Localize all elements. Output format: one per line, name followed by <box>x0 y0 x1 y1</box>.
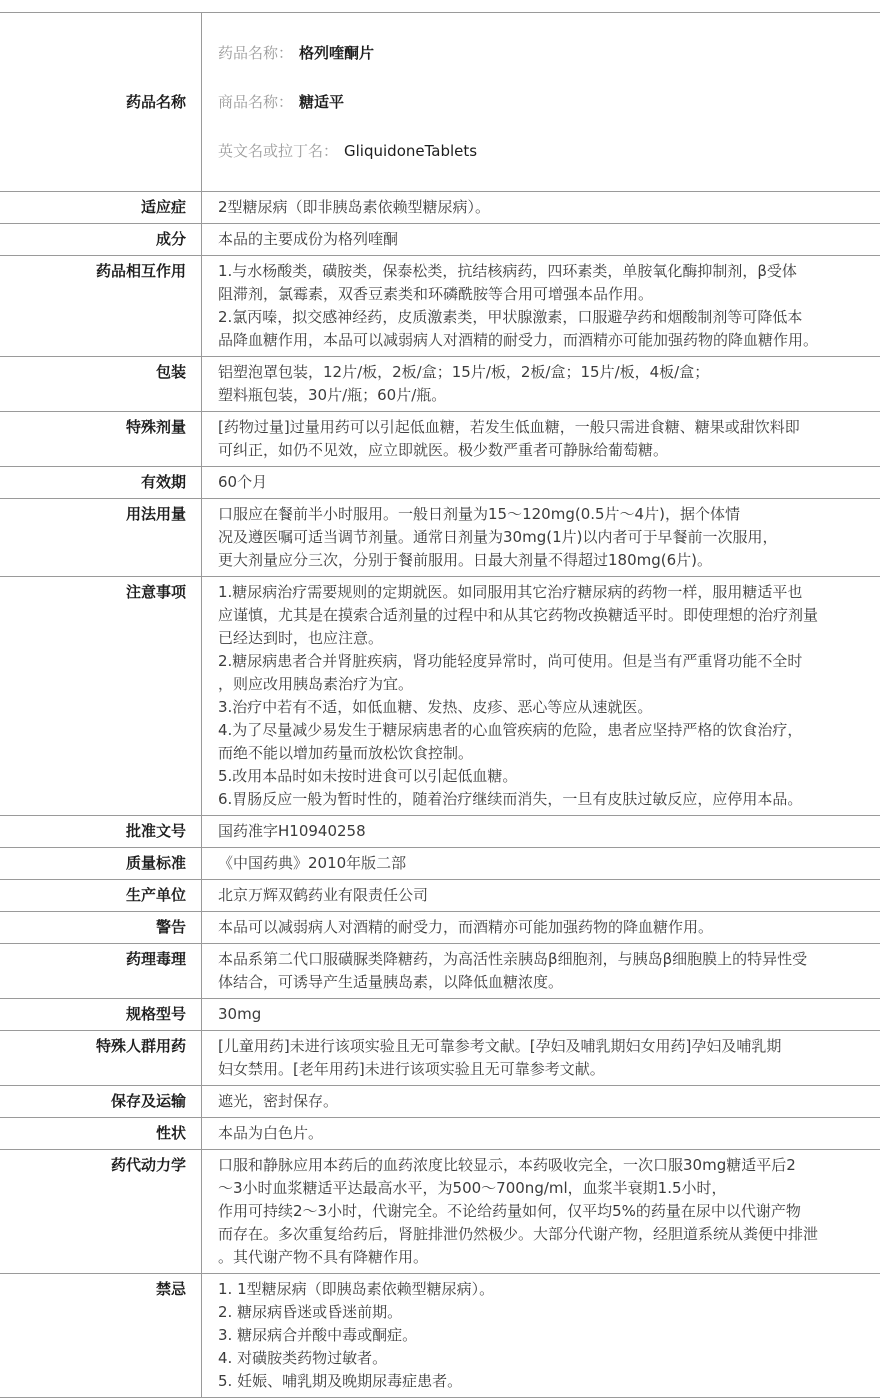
row-ingredients: 成分 本品的主要成份为格列喹酮 <box>0 224 880 256</box>
row-content-contraindications: 1. 1型糖尿病（即胰岛素依赖型糖尿病）。 2. 糖尿病昏迷或昏迷前期。 3. … <box>202 1274 880 1398</box>
row-indications: 适应症 2型糖尿病（即非胰岛素依赖型糖尿病）。 <box>0 192 880 224</box>
row-content-pharmacokinetics: 口服和静脉应用本药后的血药浓度比较显示，本药吸收完全，一次口服30mg糖适平后2… <box>202 1150 880 1274</box>
row-content-shelf-life: 60个月 <box>202 467 880 499</box>
row-contraindications: 禁忌 1. 1型糖尿病（即胰岛素依赖型糖尿病）。 2. 糖尿病昏迷或昏迷前期。 … <box>0 1274 880 1398</box>
row-content-special-dosage: [药物过量]过量用药可以引起低血糖，若发生低血糖，一般只需进食糖、糖果或甜饮料即… <box>202 412 880 467</box>
generic-name-key: 药品名称： <box>218 44 293 62</box>
row-content-quality-standard: 《中国药典》2010年版二部 <box>202 848 880 880</box>
row-content-drug-interactions: 1.与水杨酸类，磺胺类，保泰松类，抗结核病药，四环素类，单胺氧化酶抑制剂，β受体… <box>202 256 880 357</box>
row-content-drug-name: 药品名称：格列喹酮片 商品名称：糖适平 英文名或拉丁名：GliquidoneTa… <box>202 13 880 192</box>
row-storage-transport: 保存及运输 遮光，密封保存。 <box>0 1086 880 1118</box>
row-approval-number: 批准文号 国药准字H10940258 <box>0 816 880 848</box>
row-label-manufacturer: 生产单位 <box>0 880 202 912</box>
row-label-pharmacokinetics: 药代动力学 <box>0 1150 202 1274</box>
row-content-manufacturer: 北京万辉双鹤药业有限责任公司 <box>202 880 880 912</box>
row-label-indications: 适应症 <box>0 192 202 224</box>
row-label-description: 性状 <box>0 1118 202 1150</box>
row-label-drug-name: 药品名称 <box>0 13 202 192</box>
row-special-populations: 特殊人群用药 [儿童用药]未进行该项实验且无可靠参考文献。[孕妇及哺乳期妇女用药… <box>0 1031 880 1086</box>
row-manufacturer: 生产单位 北京万辉双鹤药业有限责任公司 <box>0 880 880 912</box>
row-label-approval-number: 批准文号 <box>0 816 202 848</box>
generic-name-value: 格列喹酮片 <box>299 44 374 62</box>
row-label-pharmacology-toxicology: 药理毒理 <box>0 944 202 999</box>
row-label-quality-standard: 质量标准 <box>0 848 202 880</box>
row-content-packaging: 铝塑泡罩包装，12片/板，2板/盒；15片/板，2板/盒；15片/板，4板/盒；… <box>202 357 880 412</box>
row-drug-interactions: 药品相互作用 1.与水杨酸类，磺胺类，保泰松类，抗结核病药，四环素类，单胺氧化酶… <box>0 256 880 357</box>
row-label-specification: 规格型号 <box>0 999 202 1031</box>
row-description: 性状 本品为白色片。 <box>0 1118 880 1150</box>
row-pharmacology-toxicology: 药理毒理 本品系第二代口服磺脲类降糖药，为高活性亲胰岛β细胞剂，与胰岛β细胞膜上… <box>0 944 880 999</box>
row-label-special-populations: 特殊人群用药 <box>0 1031 202 1086</box>
english-name-field: 英文名或拉丁名：GliquidoneTablets <box>218 138 856 164</box>
row-content-indications: 2型糖尿病（即非胰岛素依赖型糖尿病）。 <box>202 192 880 224</box>
row-content-specification: 30mg <box>202 999 880 1031</box>
row-drug-name: 药品名称 药品名称：格列喹酮片 商品名称：糖适平 英文名或拉丁名：Gliquid… <box>0 13 880 192</box>
row-label-ingredients: 成分 <box>0 224 202 256</box>
row-shelf-life: 有效期 60个月 <box>0 467 880 499</box>
row-warning: 警告 本品可以减弱病人对酒精的耐受力，而酒精亦可能加强药物的降血糖作用。 <box>0 912 880 944</box>
row-packaging: 包装 铝塑泡罩包装，12片/板，2板/盒；15片/板，2板/盒；15片/板，4板… <box>0 357 880 412</box>
generic-name-field: 药品名称：格列喹酮片 <box>218 40 856 66</box>
row-label-dosage-administration: 用法用量 <box>0 499 202 577</box>
row-label-precautions: 注意事项 <box>0 577 202 816</box>
row-content-dosage-administration: 口服应在餐前半小时服用。一般日剂量为15～120mg(0.5片～4片)，据个体情… <box>202 499 880 577</box>
drug-info-table: 药品名称 药品名称：格列喹酮片 商品名称：糖适平 英文名或拉丁名：Gliquid… <box>0 12 880 1398</box>
row-pharmacokinetics: 药代动力学 口服和静脉应用本药后的血药浓度比较显示，本药吸收完全，一次口服30m… <box>0 1150 880 1274</box>
row-dosage-administration: 用法用量 口服应在餐前半小时服用。一般日剂量为15～120mg(0.5片～4片)… <box>0 499 880 577</box>
english-name-key: 英文名或拉丁名： <box>218 142 338 160</box>
row-content-pharmacology-toxicology: 本品系第二代口服磺脲类降糖药，为高活性亲胰岛β细胞剂，与胰岛β细胞膜上的特异性受… <box>202 944 880 999</box>
trade-name-field: 商品名称：糖适平 <box>218 89 856 115</box>
trade-name-value: 糖适平 <box>299 93 344 111</box>
row-label-warning: 警告 <box>0 912 202 944</box>
row-label-drug-interactions: 药品相互作用 <box>0 256 202 357</box>
row-content-approval-number: 国药准字H10940258 <box>202 816 880 848</box>
english-name-value: GliquidoneTablets <box>344 142 477 160</box>
row-quality-standard: 质量标准 《中国药典》2010年版二部 <box>0 848 880 880</box>
row-content-description: 本品为白色片。 <box>202 1118 880 1150</box>
row-content-precautions: 1.糖尿病治疗需要规则的定期就医。如同服用其它治疗糖尿病的药物一样，服用糖适平也… <box>202 577 880 816</box>
row-content-ingredients: 本品的主要成份为格列喹酮 <box>202 224 880 256</box>
row-content-storage-transport: 遮光，密封保存。 <box>202 1086 880 1118</box>
row-label-packaging: 包装 <box>0 357 202 412</box>
row-label-special-dosage: 特殊剂量 <box>0 412 202 467</box>
row-label-storage-transport: 保存及运输 <box>0 1086 202 1118</box>
row-label-contraindications: 禁忌 <box>0 1274 202 1398</box>
row-label-shelf-life: 有效期 <box>0 467 202 499</box>
row-specification: 规格型号 30mg <box>0 999 880 1031</box>
trade-name-key: 商品名称： <box>218 93 293 111</box>
row-content-special-populations: [儿童用药]未进行该项实验且无可靠参考文献。[孕妇及哺乳期妇女用药]孕妇及哺乳期… <box>202 1031 880 1086</box>
row-special-dosage: 特殊剂量 [药物过量]过量用药可以引起低血糖，若发生低血糖，一般只需进食糖、糖果… <box>0 412 880 467</box>
row-content-warning: 本品可以减弱病人对酒精的耐受力，而酒精亦可能加强药物的降血糖作用。 <box>202 912 880 944</box>
row-precautions: 注意事项 1.糖尿病治疗需要规则的定期就医。如同服用其它治疗糖尿病的药物一样，服… <box>0 577 880 816</box>
